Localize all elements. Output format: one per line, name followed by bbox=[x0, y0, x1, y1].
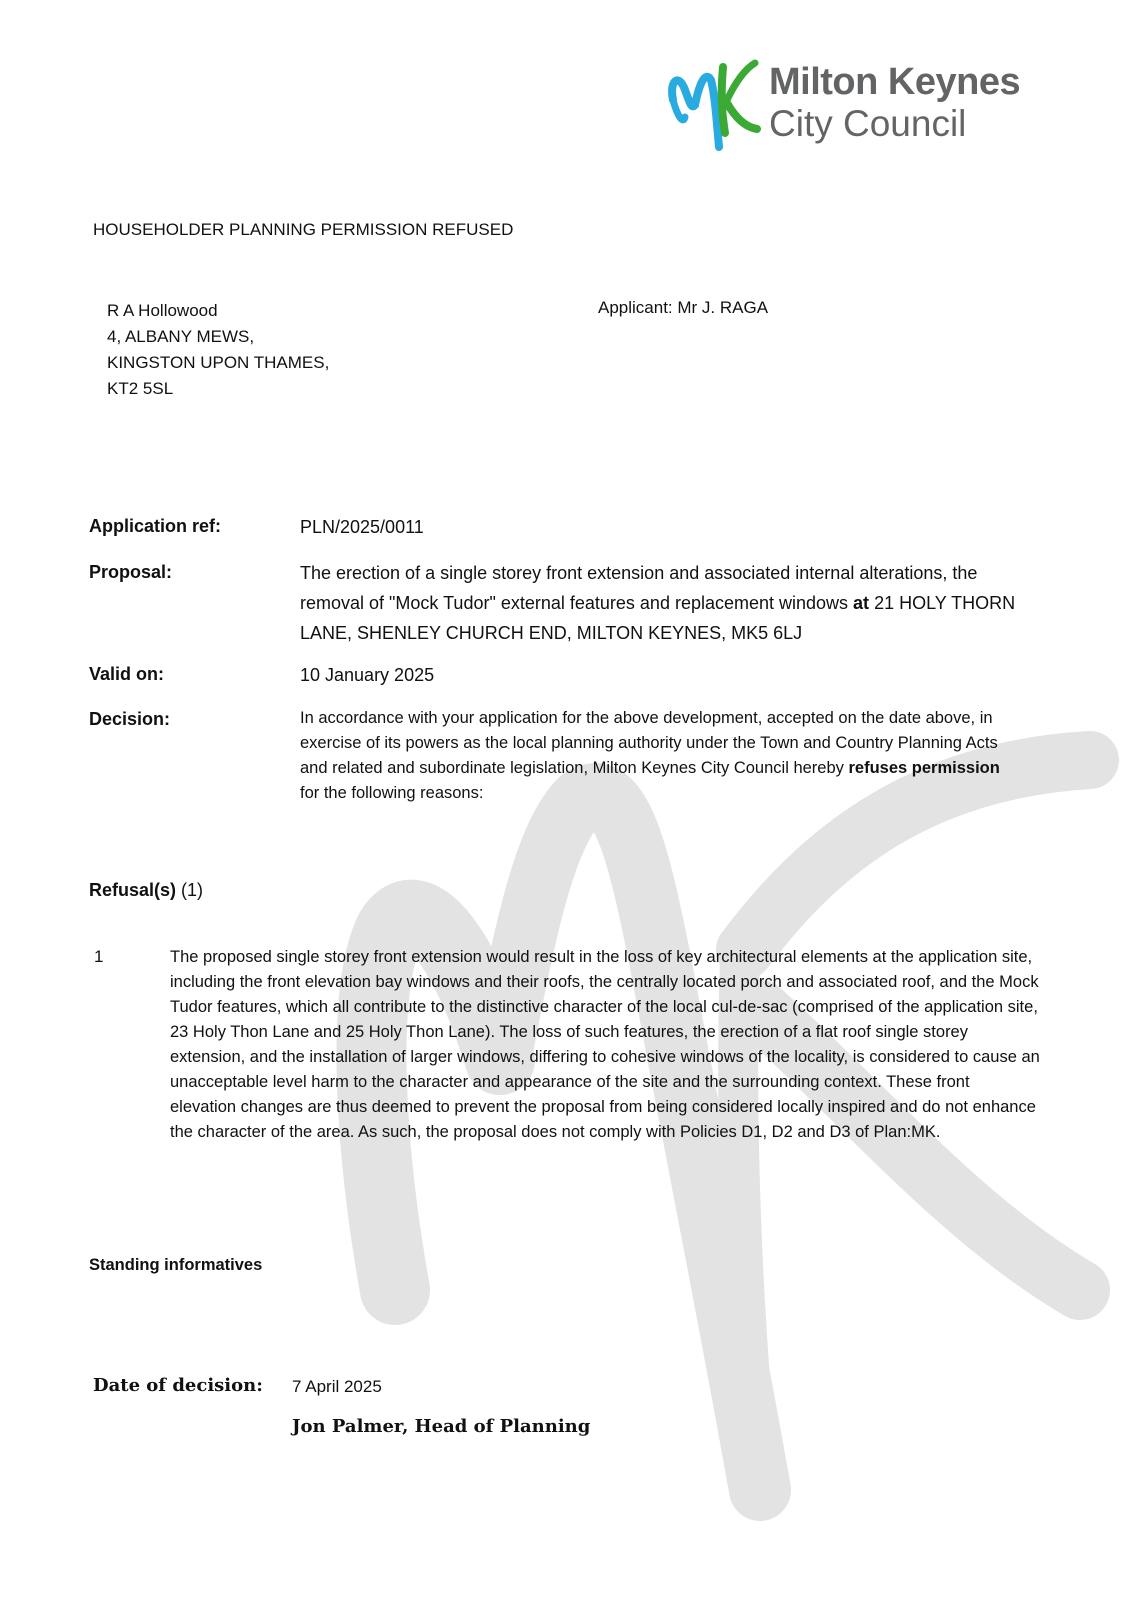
decision-text-end: for the following reasons: bbox=[300, 784, 483, 802]
proposal-label: Proposal: bbox=[89, 562, 172, 583]
recipient-street: 4, ALBANY MEWS, bbox=[107, 324, 329, 350]
refusals-title: Refusal(s) bbox=[89, 880, 176, 900]
refusals-heading: Refusal(s) (1) bbox=[89, 880, 203, 901]
applicant: Applicant: Mr J. RAGA bbox=[598, 298, 768, 318]
mk-logo-icon bbox=[665, 55, 765, 155]
logo-line-1: Milton Keynes bbox=[769, 61, 1020, 104]
application-ref-label: Application ref: bbox=[89, 516, 221, 537]
recipient-address: R A Hollowood 4, ALBANY MEWS, KINGSTON U… bbox=[107, 298, 329, 402]
recipient-town: KINGSTON UPON THAMES, bbox=[107, 350, 329, 376]
recipient-name: R A Hollowood bbox=[107, 298, 329, 324]
date-of-decision-label: Date of decision: bbox=[93, 1375, 263, 1396]
logo-line-2: City Council bbox=[769, 103, 966, 145]
date-of-decision-value: 7 April 2025 bbox=[292, 1377, 382, 1397]
refusal-number: 1 bbox=[94, 947, 103, 967]
refusal-reason: The proposed single storey front extensi… bbox=[170, 945, 1040, 1145]
decision-bold: refuses permission bbox=[849, 759, 1000, 777]
decision-label: Decision: bbox=[89, 709, 170, 730]
council-logo: Milton Keynes City Council bbox=[665, 55, 1045, 155]
proposal-bold: at bbox=[853, 593, 869, 613]
recipient-postcode: KT2 5SL bbox=[107, 376, 329, 402]
refusals-count: (1) bbox=[181, 880, 203, 900]
signatory: Jon Palmer, Head of Planning bbox=[292, 1416, 590, 1437]
application-ref-value: PLN/2025/0011 bbox=[300, 512, 1045, 542]
valid-on-label: Valid on: bbox=[89, 664, 164, 685]
valid-on-value: 10 January 2025 bbox=[300, 660, 1045, 690]
document-title: HOUSEHOLDER PLANNING PERMISSION REFUSED bbox=[93, 220, 513, 240]
proposal-value: The erection of a single storey front ex… bbox=[300, 558, 1045, 648]
decision-value: In accordance with your application for … bbox=[300, 706, 1020, 806]
standing-informatives: Standing informatives bbox=[89, 1256, 262, 1275]
